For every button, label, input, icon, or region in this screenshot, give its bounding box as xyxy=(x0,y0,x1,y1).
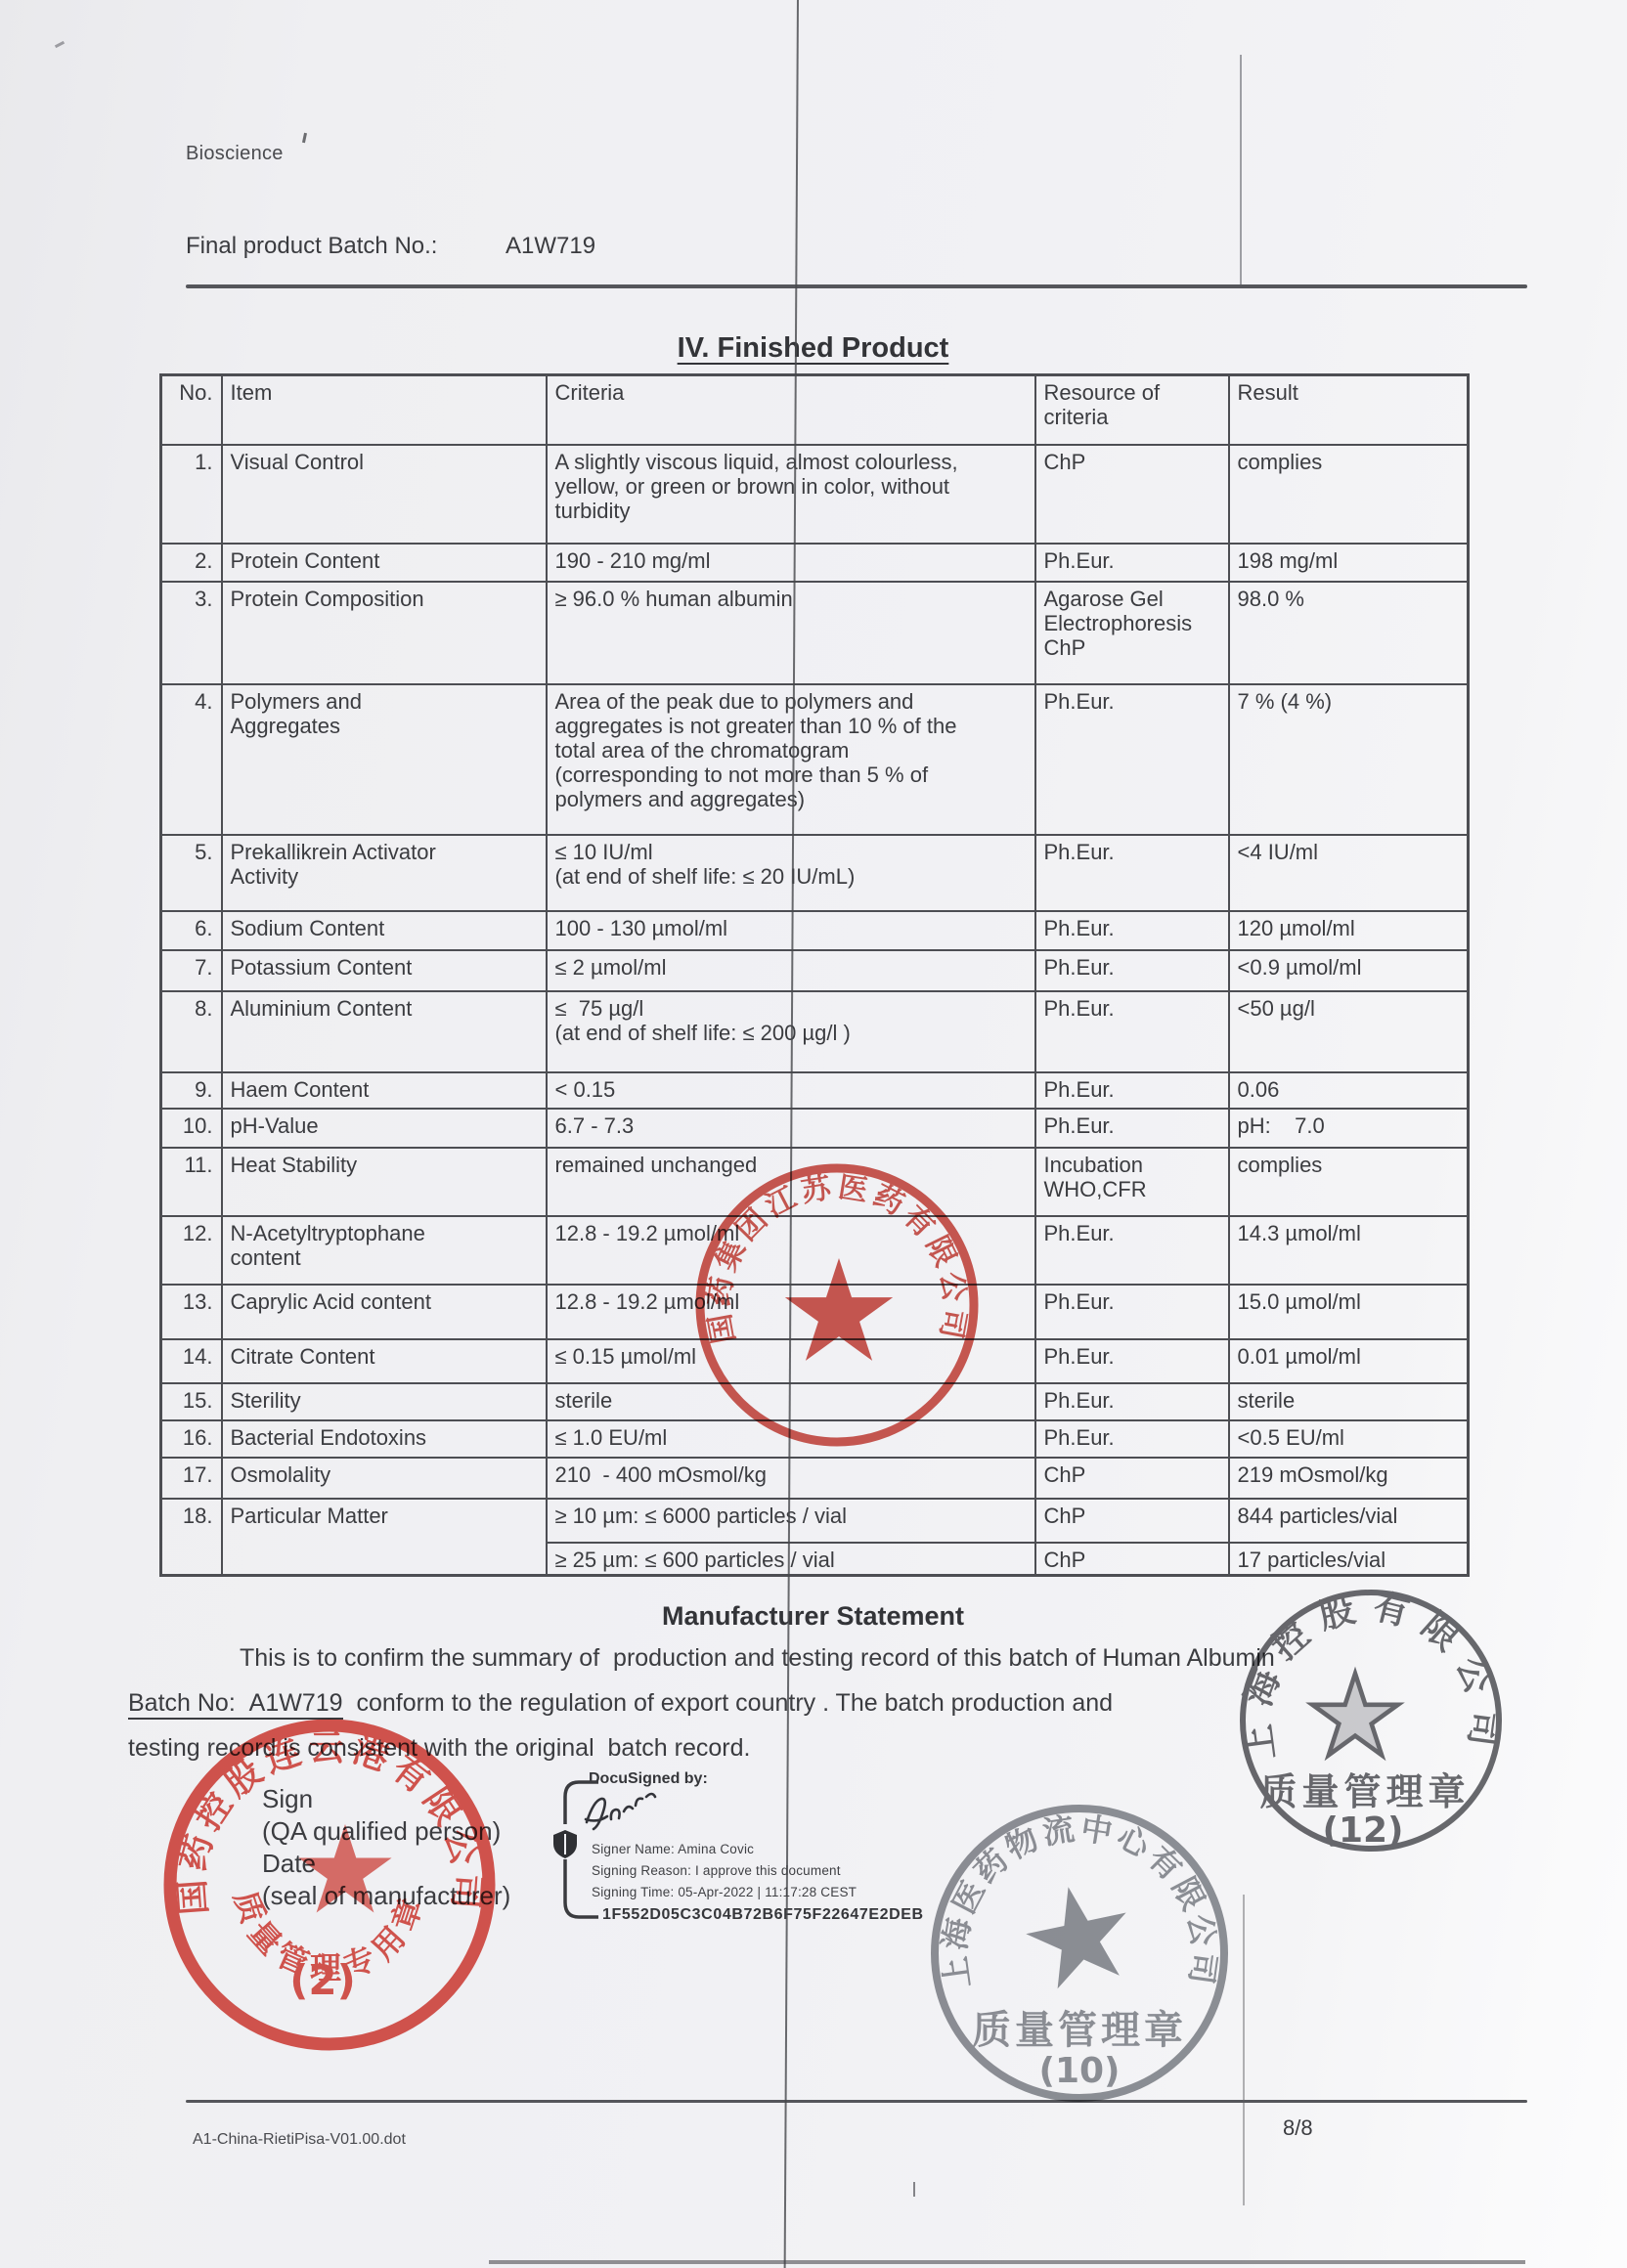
crease-line xyxy=(1243,1895,1245,2205)
star-icon xyxy=(785,1258,893,1361)
star-icon xyxy=(1312,1674,1397,1755)
scan-edge-line xyxy=(489,2260,1525,2264)
signature-script xyxy=(586,1794,655,1829)
footer-rule xyxy=(186,2100,1527,2103)
star-icon xyxy=(298,1824,391,1912)
black-company-stamp: 上海控股有限公司 质量管理章 (12) xyxy=(1234,1584,1508,1857)
docusign-bracket-bottom xyxy=(565,1859,598,1917)
red-qa-stamp: 国药控股连云港有限公司 质量管理专用章 (2) xyxy=(152,1707,507,2063)
footer-filename: A1-China-RietiPisa-V01.00.dot xyxy=(193,2131,406,2149)
stamp-number: (12) xyxy=(1322,1810,1403,1851)
docusign-bracket-top xyxy=(565,1782,598,1824)
page-number: 8/8 xyxy=(1283,2115,1313,2141)
stamp-number: (2) xyxy=(289,1956,356,2004)
scan-speck xyxy=(913,2182,915,2197)
red-company-stamp-table: 国药集团江苏医药有限公司 xyxy=(685,1154,989,1457)
stamp-label: 质量管理章 xyxy=(972,2008,1187,2053)
scanned-certificate-page: Bioscience Final product Batch No.: A1W7… xyxy=(0,0,1627,2268)
stamp-label: 质量管理章 xyxy=(1259,1770,1470,1813)
crease-line xyxy=(1240,55,1242,285)
star-icon xyxy=(1018,1876,1138,1992)
gray-logistics-stamp: 上海医药物流中心有限公司 质量管理章 (10) xyxy=(923,1797,1236,2110)
stamp-number: (10) xyxy=(1038,2051,1120,2091)
